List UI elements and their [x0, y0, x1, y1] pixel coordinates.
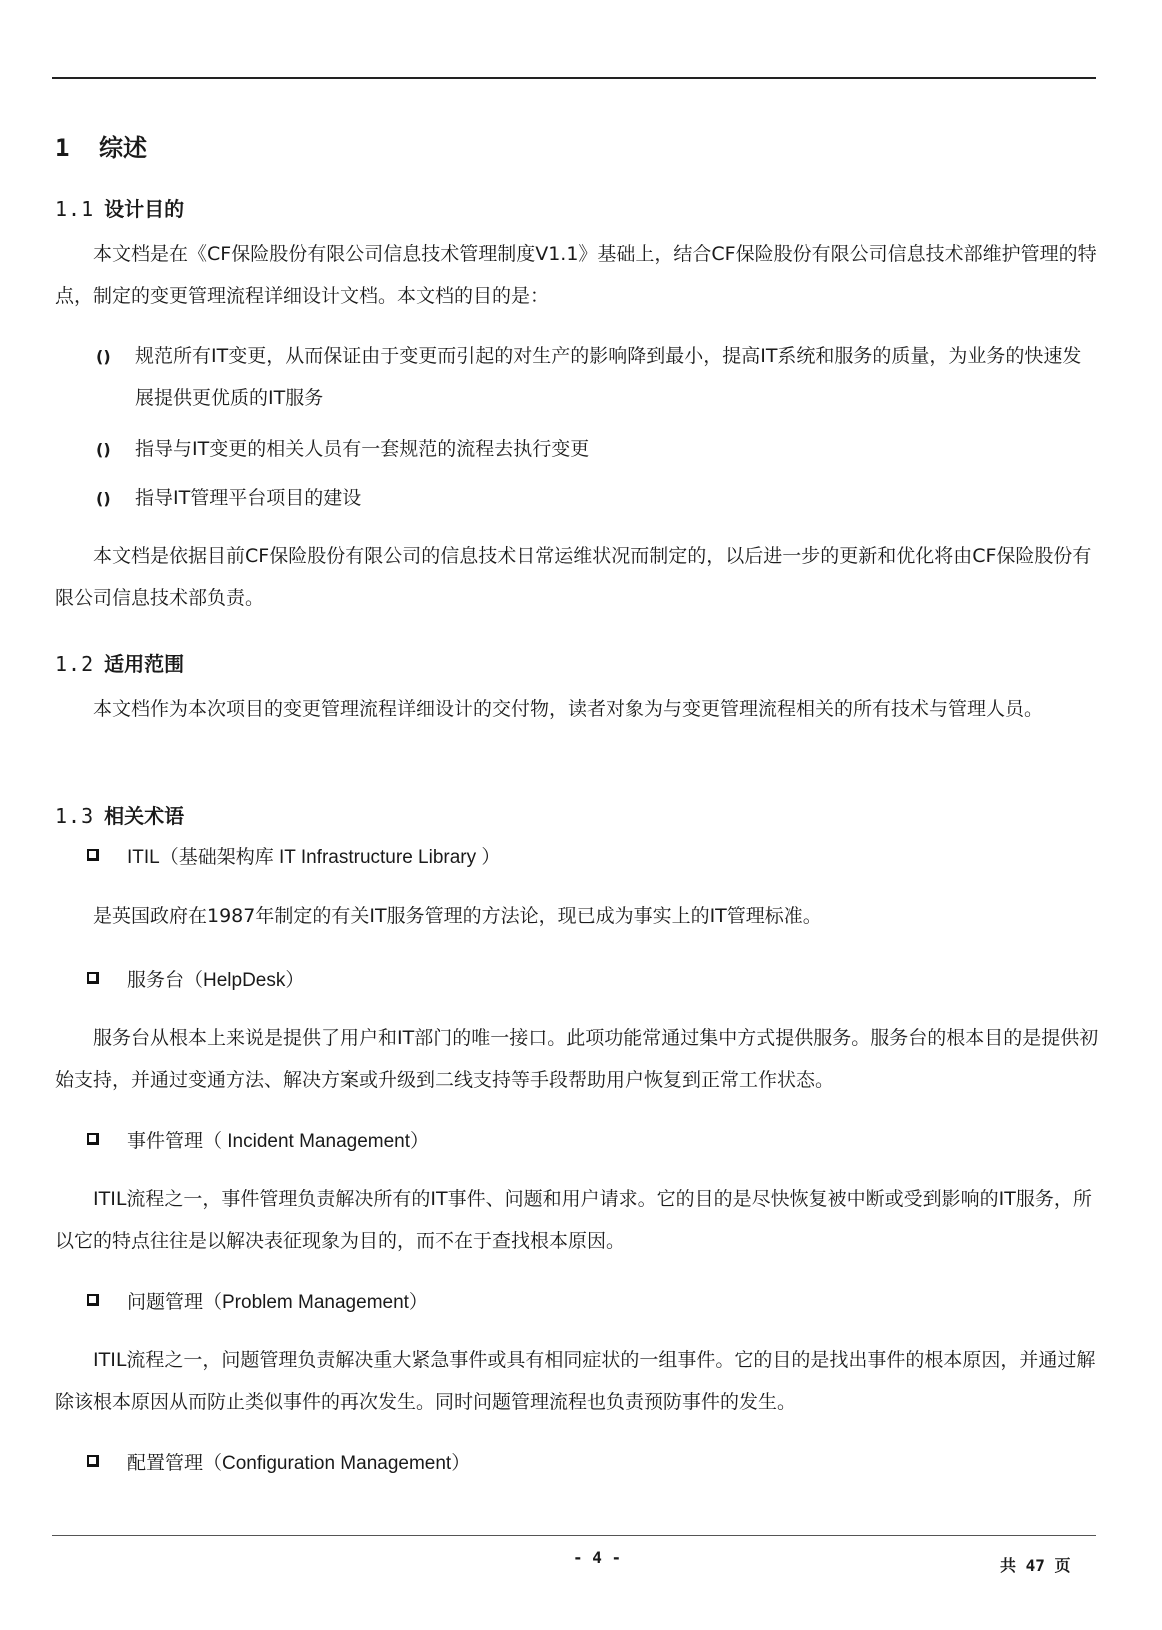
term-title: 服务台（HelpDesk）: [127, 965, 304, 992]
heading-title: 综述: [99, 134, 147, 162]
checkbox-bullet-icon: [87, 1294, 99, 1306]
heading-1: 1综述: [55, 128, 147, 163]
term-description: ITIL流程之一，事件管理负责解决所有的IT事件、问题和用户请求。它的目的是尽快…: [55, 1178, 1100, 1262]
heading-1-2: 1.2适用范围: [55, 648, 184, 677]
checkbox-bullet-icon: [87, 849, 99, 861]
heading-number: 1.2: [55, 652, 94, 676]
term-description: 是英国政府在1987年制定的有关IT服务管理的方法论，现已成为事实上的IT管理标…: [55, 895, 1100, 937]
paragraph-text: 本文档是依据目前CF保险股份有限公司的信息技术日常运维状况而制定的，以后进一步的…: [55, 545, 1091, 609]
heading-title: 适用范围: [104, 652, 184, 676]
paragraph-maintenance: 本文档是依据目前CF保险股份有限公司的信息技术日常运维状况而制定的，以后进一步的…: [55, 535, 1100, 619]
header-rule: [52, 77, 1096, 79]
term-title: 事件管理（ Incident Management）: [127, 1126, 429, 1153]
paragraph-purpose-intro: 本文档是在《CF保险股份有限公司信息技术管理制度V1.1》基础上，结合CF保险股…: [55, 233, 1100, 317]
term-description: 服务台从根本上来说是提供了用户和IT部门的唯一接口。此项功能常通过集中方式提供服…: [55, 1017, 1100, 1101]
paragraph-text: 本文档是在《CF保险股份有限公司信息技术管理制度V1.1》基础上，结合CF保险股…: [55, 243, 1097, 307]
bullet-item: 指导与IT变更的相关人员有一套规范的流程去执行变更: [135, 428, 1085, 470]
term-title: 配置管理（Configuration Management）: [127, 1448, 470, 1475]
page-number: - 4 -: [573, 1548, 621, 1567]
heading-number: 1.1: [55, 197, 94, 221]
paragraph-scope: 本文档作为本次项目的变更管理流程详细设计的交付物，读者对象为与变更管理流程相关的…: [55, 688, 1100, 730]
bullet-item: 指导IT管理平台项目的建设: [135, 477, 1085, 519]
bullet-icon: (): [96, 489, 111, 508]
paragraph-text: 是英国政府在1987年制定的有关IT服务管理的方法论，现已成为事实上的IT管理标…: [93, 905, 822, 927]
paragraph-text: 本文档作为本次项目的变更管理流程详细设计的交付物，读者对象为与变更管理流程相关的…: [93, 698, 1043, 720]
total-pages: 共 47 页: [1000, 1553, 1071, 1576]
term-description: ITIL流程之一，问题管理负责解决重大紧急事件或具有相同症状的一组事件。它的目的…: [55, 1339, 1100, 1423]
heading-title: 相关术语: [104, 804, 184, 828]
heading-1-1: 1.1设计目的: [55, 193, 184, 222]
paragraph-text: ITIL流程之一，问题管理负责解决重大紧急事件或具有相同症状的一组事件。它的目的…: [55, 1349, 1095, 1413]
footer-rule: [52, 1535, 1096, 1536]
heading-1-3: 1.3相关术语: [55, 800, 184, 829]
term-title: ITIL（基础架构库 IT Infrastructure Library ）: [127, 842, 500, 869]
term-title: 问题管理（Problem Management）: [127, 1287, 428, 1314]
checkbox-bullet-icon: [87, 1133, 99, 1145]
checkbox-bullet-icon: [87, 1455, 99, 1467]
bullet-item: 规范所有IT变更，从而保证由于变更而引起的对生产的影响降到最小，提高IT系统和服…: [135, 335, 1085, 419]
bullet-icon: (): [96, 440, 111, 459]
bullet-icon: (): [96, 347, 111, 366]
checkbox-bullet-icon: [87, 972, 99, 984]
heading-number: 1: [55, 134, 99, 162]
heading-title: 设计目的: [104, 197, 184, 221]
heading-number: 1.3: [55, 804, 94, 828]
paragraph-text: 服务台从根本上来说是提供了用户和IT部门的唯一接口。此项功能常通过集中方式提供服…: [55, 1027, 1098, 1091]
paragraph-text: ITIL流程之一，事件管理负责解决所有的IT事件、问题和用户请求。它的目的是尽快…: [55, 1188, 1092, 1252]
